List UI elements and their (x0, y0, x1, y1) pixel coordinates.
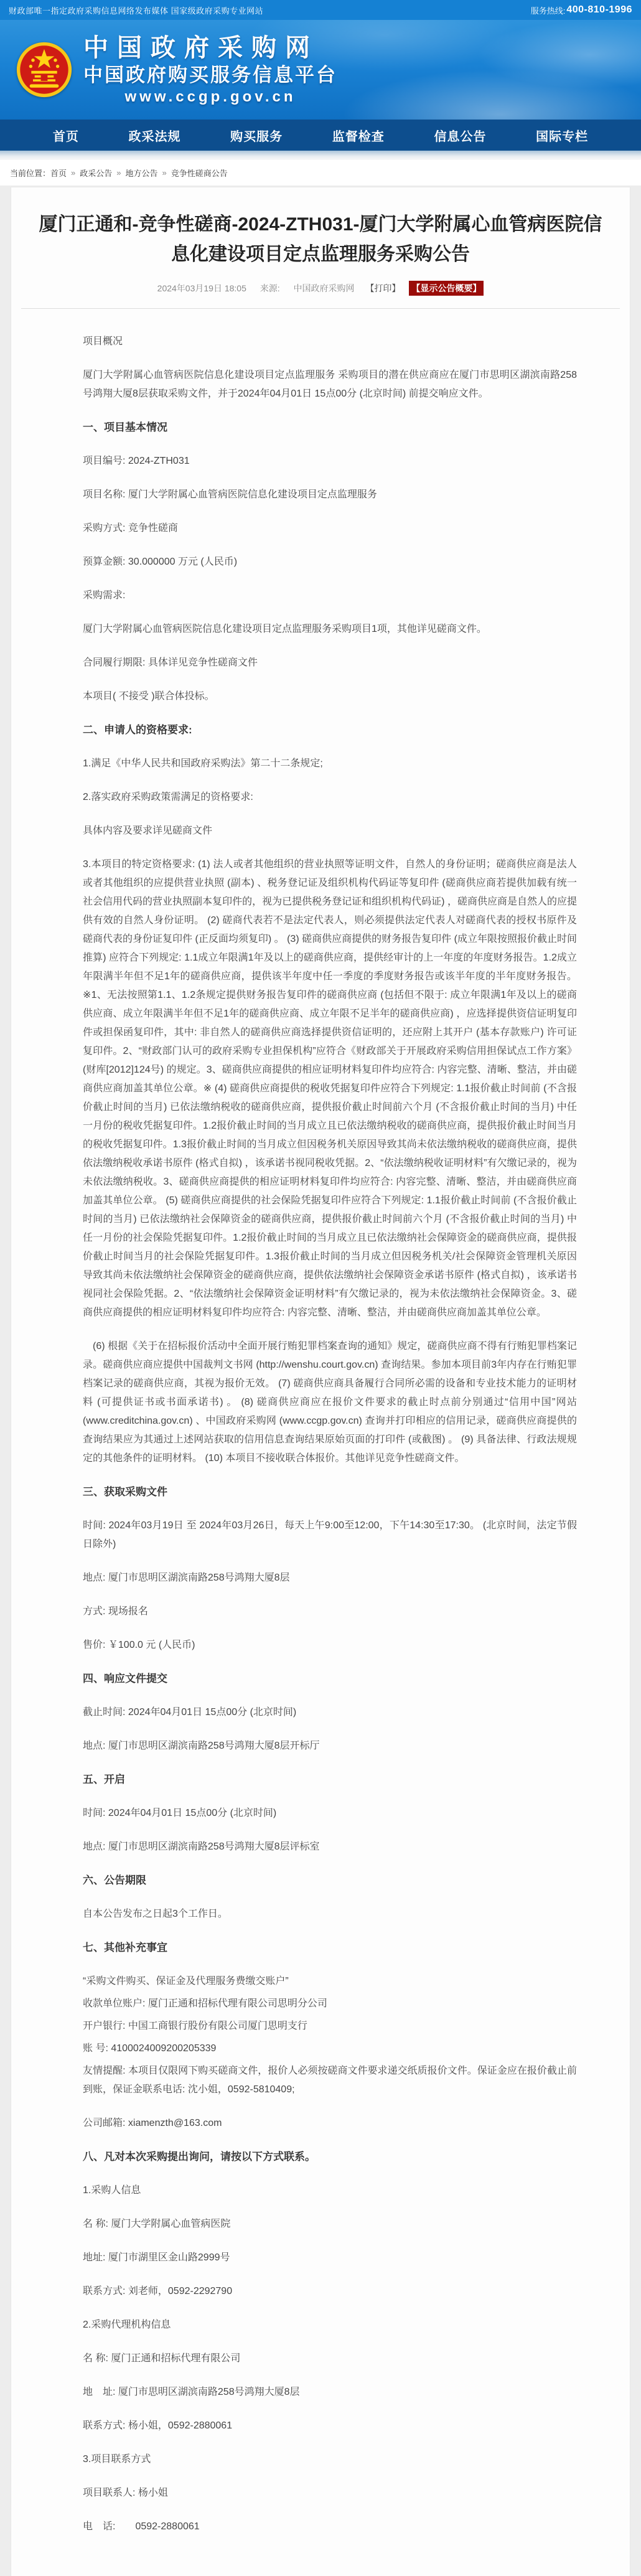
nav-item-announcements[interactable]: 信息公告 (434, 126, 486, 144)
section-heading: 八、凡对本次采购提出询问，请按以下方式联系。 (83, 2148, 577, 2166)
paragraph: 名 称: 厦门大学附属心血管病医院 (83, 2215, 577, 2234)
site-url: www.ccgp.gov.cn (83, 90, 337, 105)
paragraph: 时间: 2024年04月01日 15点00分 (北京时间) (83, 1804, 577, 1823)
paragraph: 名 称: 厦门正通和招标代理有限公司 (83, 2349, 577, 2368)
article-meta: 2024年03月19日 18:05 来源: 中国政府采购网 【打印】 【显示公告… (11, 281, 630, 296)
paragraph: 地点: 厦门市思明区湖滨南路258号鸿翔大厦8层评标室 (83, 1838, 577, 1856)
paragraph: 地址: 厦门市湖里区金山路2999号 (83, 2249, 577, 2267)
national-emblem-logo (16, 42, 72, 98)
paragraph: 电 话: 0592-2880061 (83, 2517, 577, 2536)
breadcrumb-separator: » (162, 168, 167, 177)
paragraph: 3.本项目的特定资格要求: (1) 法人或者其他组织的营业执照等证明文件，自然人… (83, 855, 577, 1322)
paragraph: 截止时间: 2024年04月01日 15点00分 (北京时间) (83, 1703, 577, 1722)
site-name: 中国政府采购网 (83, 35, 337, 60)
service-hotline: 服务热线: 400-810-1996 (531, 4, 632, 16)
paragraph: 2.采购代理机构信息 (83, 2316, 577, 2334)
nav-gradient-divider (0, 151, 641, 160)
source-label: 来源: (260, 283, 283, 293)
nav-item-international[interactable]: 国际专栏 (536, 126, 588, 144)
breadcrumb-separator: » (116, 168, 121, 177)
paragraph: 具体内容及要求详见磋商文件 (83, 822, 577, 840)
breadcrumb-item-current: 竞争性磋商公告 (171, 167, 228, 179)
paragraph: 合同履行期限: 具体详见竞争性磋商文件 (83, 654, 577, 672)
nav-item-supervision[interactable]: 监督检查 (332, 126, 385, 144)
article-body: 项目概况厦门大学附属心血管病医院信息化建设项目定点监理服务 采购项目的潜在供应商… (11, 309, 630, 2555)
paragraph: 本项目( 不接受 )联合体投标。 (83, 687, 577, 706)
paragraph: 地 址: 厦门市思明区湖滨南路258号鸿翔大厦8层 (83, 2383, 577, 2402)
breadcrumb: 当前位置： 首页 » 政采公告 » 地方公告 » 竞争性磋商公告 (0, 160, 641, 186)
breadcrumb-separator: » (71, 168, 75, 177)
paragraph: 采购需求: (83, 586, 577, 605)
hotline-number: 400-810-1996 (566, 4, 632, 16)
breadcrumb-item-notices[interactable]: 政采公告 (80, 167, 112, 179)
paragraph: 时间: 2024年03月19日 至 2024年03月26日，每天上午9:00至1… (83, 1516, 577, 1554)
paragraph: 联系方式: 刘老师，0592-2292790 (83, 2282, 577, 2301)
section-heading: 五、开启 (83, 1770, 577, 1789)
section-heading: 三、获取采购文件 (83, 1483, 577, 1502)
paragraph: 项目概况 (83, 332, 577, 351)
breadcrumb-label: 当前位置： (10, 167, 50, 179)
paragraph: 开户银行: 中国工商银行股份有限公司厦门思明支行 (83, 2017, 577, 2036)
paragraph: 售价: ￥100.0 元 (人民币) (83, 1636, 577, 1655)
paragraph: 项目名称: 厦门大学附属心血管病医院信息化建设项目定点监理服务 (83, 486, 577, 504)
site-subtitle: 中国政府购买服务信息平台 (83, 65, 337, 85)
paragraph: 项目编号: 2024-ZTH031 (83, 452, 577, 471)
paragraph: 自本公告发布之日起3个工作日。 (83, 1905, 577, 1924)
nav-item-purchase-services[interactable]: 购买服务 (230, 126, 283, 144)
paragraph: (6) 根据《关于在招标报价活动中全面开展行贿犯罪档案查询的通知》规定，磋商供应… (83, 1337, 577, 1468)
hotline-label: 服务热线: (531, 4, 566, 16)
top-utility-bar: 财政部唯一指定政府采购信息网络发布媒体 国家级政府采购专业网站 服务热线: 40… (0, 0, 641, 20)
section-heading: 二、申请人的资格要求: (83, 721, 577, 740)
publish-date: 2024年03月19日 18:05 (157, 283, 246, 293)
section-heading: 六、公告期限 (83, 1871, 577, 1890)
page-main: 厦门正通和-竞争性磋商-2024-ZTH031-厦门大学附属心血管病医院信息化建… (0, 186, 641, 2576)
site-header-banner: 中国政府采购网 中国政府购买服务信息平台 www.ccgp.gov.cn (0, 20, 641, 120)
site-slogan: 财政部唯一指定政府采购信息网络发布媒体 国家级政府采购专业网站 (9, 4, 263, 16)
source-name: 中国政府采购网 (294, 283, 355, 293)
paragraph: 1.采购人信息 (83, 2181, 577, 2200)
print-button[interactable]: 【打印】 (365, 283, 400, 293)
paragraph: 地点: 厦门市思明区湖滨南路258号鸿翔大厦8层 (83, 1569, 577, 1587)
breadcrumb-item-local-notices[interactable]: 地方公告 (126, 167, 158, 179)
paragraph: 预算金额: 30.000000 万元 (人民币) (83, 553, 577, 571)
paragraph: 友情提醒: 本项目仅限网下购买磋商文件，报价人必须按磋商文件要求递交纸质报价文件… (83, 2062, 577, 2099)
main-nav: 首页 政采法规 购买服务 监督检查 信息公告 国际专栏 (0, 120, 641, 151)
show-summary-button[interactable]: 【显示公告概要】 (409, 281, 484, 296)
nav-item-regulations[interactable]: 政采法规 (128, 126, 180, 144)
nav-item-home[interactable]: 首页 (53, 126, 79, 144)
announcement-container: 厦门正通和-竞争性磋商-2024-ZTH031-厦门大学附属心血管病医院信息化建… (11, 187, 630, 2576)
page-title: 厦门正通和-竞争性磋商-2024-ZTH031-厦门大学附属心血管病医院信息化建… (34, 210, 607, 270)
section-heading: 四、响应文件提交 (83, 1670, 577, 1688)
paragraph: 3.项目联系方式 (83, 2450, 577, 2469)
section-heading: 七、其他补充事宜 (83, 1939, 577, 1957)
section-heading: 一、项目基本情况 (83, 418, 577, 437)
paragraph: 项目联系人: 杨小姐 (83, 2484, 577, 2503)
paragraph: 采购方式: 竞争性磋商 (83, 519, 577, 538)
paragraph: 联系方式: 杨小姐，0592-2880061 (83, 2417, 577, 2435)
paragraph: 收款单位账户: 厦门正通和招标代理有限公司思明分公司 (83, 1995, 577, 2013)
paragraph: 地点: 厦门市思明区湖滨南路258号鸿翔大厦8层开标厅 (83, 1737, 577, 1756)
paragraph: 厦门大学附属心血管病医院信息化建设项目定点监理服务采购项目1项，其他详见磋商文件… (83, 620, 577, 639)
site-brand: 中国政府采购网 中国政府购买服务信息平台 www.ccgp.gov.cn (83, 35, 337, 105)
paragraph: 公司邮箱: xiamenzth@163.com (83, 2114, 577, 2133)
paragraph: 方式: 现场报名 (83, 1602, 577, 1621)
paragraph: 账 号: 4100024009200205339 (83, 2039, 577, 2058)
paragraph: 2.落实政府采购政策需满足的资格要求: (83, 788, 577, 807)
paragraph: 1.满足《中华人民共和国政府采购法》第二十二条规定; (83, 754, 577, 773)
paragraph: “采购文件购买、保证金及代理服务费缴交账户” (83, 1972, 577, 1991)
breadcrumb-item-home[interactable]: 首页 (50, 167, 67, 179)
paragraph: 厦门大学附属心血管病医院信息化建设项目定点监理服务 采购项目的潜在供应商应在厦门… (83, 366, 577, 403)
